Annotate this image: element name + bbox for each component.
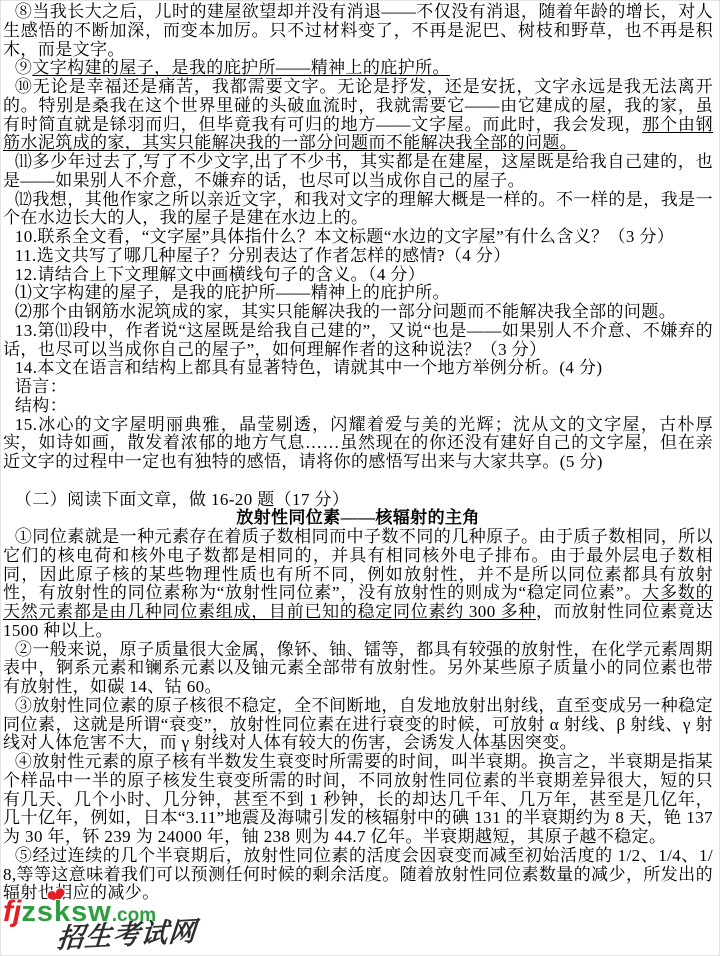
text-segment: ⑨ bbox=[15, 58, 32, 77]
text-segment: 结构： bbox=[15, 396, 67, 415]
text-segment: （二）阅读下面文章，做 16-20 题（17 分） bbox=[15, 490, 349, 509]
text-segment: ④放射性元素的原子核有半数发生衰变时所需要的时间，叫半衰期。换言之，半衰期是指某… bbox=[3, 752, 713, 846]
question-10: 10.联系全文看，“文字屋”具体指什么？本文标题“水边的文字屋”有什么含义？（3… bbox=[3, 228, 713, 247]
question-12: 12.请结合上下文理解文中画横线句子的含义。（4 分） bbox=[3, 266, 713, 285]
article-title: 放射性同位素——核辐射的主角 bbox=[3, 509, 713, 528]
document-page: ⑧当我长大之后，儿时的建屋欲望却并没有消退——不仅没有消退，随着年龄的增长，对人… bbox=[0, 0, 720, 956]
para-12: ⑿我想，其他作家之所以亲近文字，和我对文字的理解大概是一样的。不一样的是，我是一… bbox=[3, 191, 713, 229]
text-segment: ⑾多少年过去了,写了不少文字,出了不少书，其实都是在建屋，这屋既是给我自己建的，… bbox=[3, 152, 713, 190]
text-segment: ③放射性同位素的原子核很不稳定，全不间断地，自发地放射出射线，直至变成另一种稳定… bbox=[3, 696, 713, 753]
question-14: 14.本文在语言和结构上都具有显著特色，请就其中一个地方举例分析。(4 分) bbox=[3, 359, 713, 378]
underlined-text: 文字构建的屋子，是我的庇护所——精神上的庇护所。 bbox=[32, 58, 450, 77]
para-10: ⑩无论是幸福还是痛苦，我都需要文字。无论是抒发，还是安抚，文字永远是我无法离开的… bbox=[3, 78, 713, 153]
watermark-name-text: 招生考试网 bbox=[55, 909, 198, 956]
text-segment: 15.冰心的文字屋明丽典雅，晶莹剔透，闪耀着爱与美的光辉；沈从文的文字屋，古朴厚… bbox=[3, 415, 713, 472]
text-segment: ⑧当我长大之后，儿时的建屋欲望却并没有消退——不仅没有消退，随着年龄的增长，对人… bbox=[3, 2, 713, 59]
text-segment: 语言： bbox=[15, 377, 67, 396]
text-segment: ⑤经过连续的几个半衰期后，放射性同位素的活度会因衰变而减至初始活度的 1/2、1… bbox=[3, 846, 713, 903]
text-segment: ⑴文字构建的屋子，是我的庇护所——精神上的庇护所。 bbox=[15, 283, 450, 302]
text-segment: 放射性同位素——核辐射的主角 bbox=[236, 508, 480, 527]
article-para-2: ②一般来说，原子质量很大金属，像钚、铀、镭等，都具有较强的放射性，在化学元素周期… bbox=[3, 641, 713, 697]
article-para-1: ①同位素就是一种元素存在着质子数相同而中子数不同的几种原子。由于质子数相同，所以… bbox=[3, 528, 713, 641]
text-segment: 14.本文在语言和结构上都具有显著特色，请就其中一个地方举例分析。(4 分) bbox=[15, 358, 603, 377]
article-para-4: ④放射性元素的原子核有半数发生衰变时所需要的时间，叫半衰期。换言之，半衰期是指某… bbox=[3, 753, 713, 847]
para-8: ⑧当我长大之后，儿时的建屋欲望却并没有消退——不仅没有消退，随着年龄的增长，对人… bbox=[3, 3, 713, 59]
text-segment: ⑩无论是幸福还是痛苦，我都需要文字。无论是抒发，还是安抚，文字永远是我无法离开的… bbox=[3, 77, 713, 134]
section-2-header: （二）阅读下面文章，做 16-20 题（17 分） bbox=[3, 491, 713, 510]
text-segment: 10.联系全文看，“文字屋”具体指什么？本文标题“水边的文字屋”有什么含义？（3… bbox=[15, 227, 674, 246]
label-structure: 结构： bbox=[3, 397, 713, 416]
article-para-3: ③放射性同位素的原子核很不稳定，全不间断地，自发地放射出射线，直至变成另一种稳定… bbox=[3, 697, 713, 753]
question-11: 11.选文共写了哪几种屋子？分别表达了作者怎样的感情?（4 分） bbox=[3, 247, 713, 266]
text-segment: ②一般来说，原子质量很大金属，像钚、铀、镭等，都具有较强的放射性，在化学元素周期… bbox=[3, 640, 713, 697]
label-language: 语言： bbox=[3, 378, 713, 397]
para-9: ⑨文字构建的屋子，是我的庇护所——精神上的庇护所。 bbox=[3, 59, 713, 78]
watermark-site-suffix: .com bbox=[112, 905, 156, 926]
question-15: 15.冰心的文字屋明丽典雅，晶莹剔透，闪耀着爱与美的光辉；沈从文的文字屋，古朴厚… bbox=[3, 416, 713, 472]
article-para-5: ⑤经过连续的几个半衰期后，放射性同位素的活度会因衰变而减至初始活度的 1/2、1… bbox=[3, 847, 713, 903]
text-segment: ①同位素就是一种元素存在着质子数相同而中子数不同的几种原子。由于质子数相同，所以… bbox=[3, 527, 713, 602]
document-body: ⑧当我长大之后，儿时的建屋欲望却并没有消退——不仅没有消退，随着年龄的增长，对人… bbox=[3, 3, 713, 903]
question-13: 13.第⑾段中，作者说“这屋既是给我自己建的”，又说“也是——如果别人不介意、不… bbox=[3, 322, 713, 360]
text-segment: 12.请结合上下文理解文中画横线句子的含义。（4 分） bbox=[15, 265, 425, 284]
para-11: ⑾多少年过去了,写了不少文字,出了不少书，其实都是在建屋，这屋既是给我自己建的，… bbox=[3, 153, 713, 191]
text-segment: 13.第⑾段中，作者说“这屋既是给我自己建的”，又说“也是——如果别人不介意、不… bbox=[3, 321, 713, 359]
text-segment: 11.选文共写了哪几种屋子？分别表达了作者怎样的感情?（4 分） bbox=[15, 246, 511, 265]
question-12-sub-2: ⑵那个由钢筋水泥筑成的家，其实只能解决我的一部分问题而不能解决我全部的问题。 bbox=[3, 303, 713, 322]
text-segment: ⑿我想，其他作家之所以亲近文字，和我对文字的理解大概是一样的。不一样的是，我是一… bbox=[3, 190, 713, 228]
question-12-sub-1: ⑴文字构建的屋子，是我的庇护所——精神上的庇护所。 bbox=[3, 284, 713, 303]
text-segment: ⑵那个由钢筋水泥筑成的家，其实只能解决我的一部分问题而不能解决我全部的问题。 bbox=[15, 302, 676, 321]
spacer bbox=[3, 472, 713, 491]
